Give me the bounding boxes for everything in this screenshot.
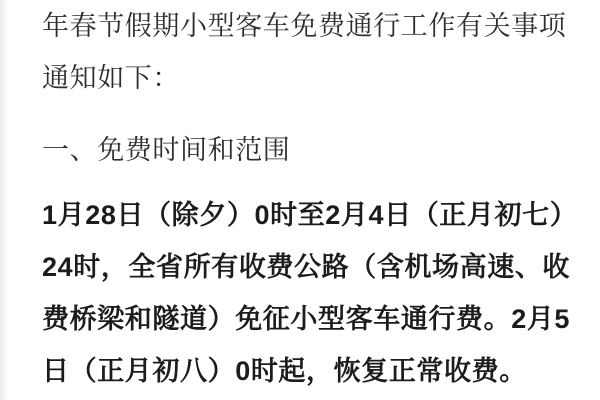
section-heading: 一、免费时间和范围 bbox=[42, 124, 580, 176]
notice-body-paragraph: 1月28日（除夕）0时至2月4日（正月初七） 24时，全省所有收费公路（含机场高… bbox=[42, 189, 580, 397]
notice-body-line-3: 费桥梁和隧道）免征小型客车通行费。2月5 bbox=[42, 293, 580, 345]
notice-intro-line-2: 通知如下： bbox=[42, 52, 580, 104]
notice-intro-paragraph: 年春节假期小型客车免费通行工作有关事项 通知如下： bbox=[42, 0, 580, 104]
notice-intro-line-1: 年春节假期小型客车免费通行工作有关事项 bbox=[42, 0, 580, 52]
notice-body-line-4: 日（正月初八）0时起，恢复正常收费。 bbox=[42, 345, 580, 397]
notice-body-line-1: 1月28日（除夕）0时至2月4日（正月初七） bbox=[42, 189, 580, 241]
page-left-edge-shade bbox=[0, 0, 8, 400]
notice-page: 年春节假期小型客车免费通行工作有关事项 通知如下： 一、免费时间和范围 1月28… bbox=[0, 0, 600, 400]
notice-body-line-2: 24时，全省所有收费公路（含机场高速、收 bbox=[42, 241, 580, 293]
